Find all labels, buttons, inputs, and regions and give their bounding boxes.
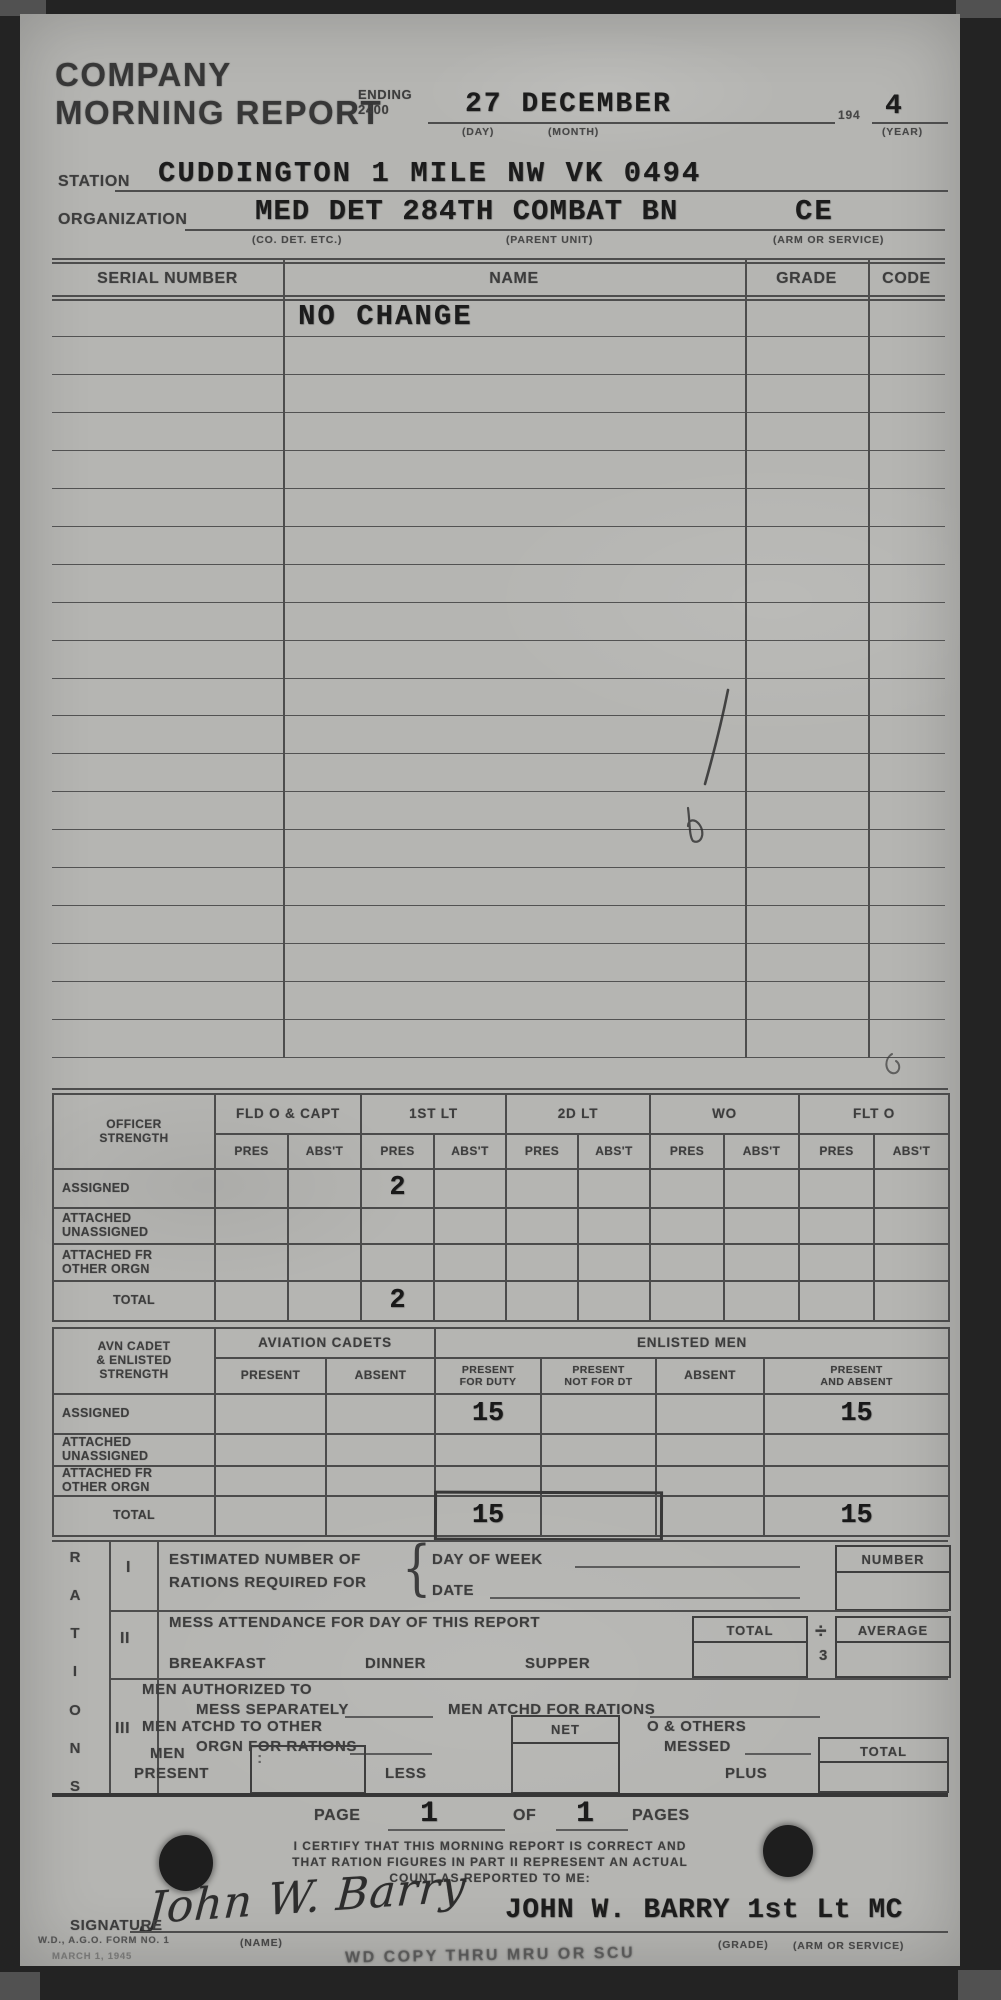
rations-section-divider-2 bbox=[109, 1678, 948, 1680]
officer-group-fldo-capt: FLD O & CAPT bbox=[215, 1094, 361, 1134]
cell bbox=[361, 1208, 434, 1244]
frame-corner-tr bbox=[956, 0, 1001, 18]
row-label: ASSIGNED bbox=[53, 1394, 215, 1434]
rations-letter: S bbox=[70, 1779, 80, 1794]
signature-typed-name: JOHN W. BARRY 1st Lt MC bbox=[505, 1897, 903, 1925]
supper-label: SUPPER bbox=[525, 1655, 590, 1672]
cell: 15 bbox=[435, 1394, 541, 1434]
cell bbox=[874, 1281, 949, 1321]
rations-side-label: RATIONS bbox=[60, 1550, 90, 1794]
roster-blank-row bbox=[52, 792, 945, 830]
arm-service-caption: (ARM OR SERVICE) bbox=[773, 235, 884, 246]
cell bbox=[506, 1244, 578, 1281]
cell bbox=[650, 1244, 724, 1281]
cell bbox=[799, 1281, 874, 1321]
cell bbox=[361, 1244, 434, 1281]
pages-value: 1 bbox=[576, 1799, 596, 1829]
day-of-week-blank bbox=[575, 1566, 800, 1568]
pres-header: PRES bbox=[650, 1134, 724, 1169]
roster-blank-row bbox=[52, 944, 945, 982]
officer-group-flt-o: FLT O bbox=[799, 1094, 949, 1134]
form-number: W.D., A.G.O. FORM NO. 1 bbox=[38, 1936, 170, 1946]
dinner-label: DINNER bbox=[365, 1655, 426, 1672]
cell bbox=[764, 1466, 949, 1496]
cell bbox=[874, 1244, 949, 1281]
pen-dot: : bbox=[257, 1751, 262, 1767]
date-blank bbox=[490, 1597, 800, 1599]
number-box: NUMBER bbox=[835, 1545, 951, 1611]
enlisted-group-header-row: AVN CADET & ENLISTED STRENGTH AVIATION C… bbox=[53, 1328, 949, 1358]
cell bbox=[650, 1169, 724, 1208]
mess-attendance-title: MESS ATTENDANCE FOR DAY OF THIS REPORT bbox=[169, 1614, 540, 1631]
enlisted-men-group: ENLISTED MEN bbox=[435, 1328, 949, 1358]
day-of-week-label: DAY OF WEEK bbox=[432, 1551, 543, 1568]
year-value: 4 bbox=[885, 93, 904, 121]
mess-separately-blank bbox=[345, 1716, 433, 1718]
rations-section-divider-1 bbox=[109, 1610, 948, 1612]
messed-blank bbox=[745, 1753, 811, 1755]
organization-label: ORGANIZATION bbox=[58, 211, 188, 229]
pres-header: PRES bbox=[506, 1134, 578, 1169]
cell bbox=[578, 1244, 650, 1281]
punch-hole-right bbox=[763, 1825, 813, 1877]
arm-caption: (ARM OR SERVICE) bbox=[793, 1941, 904, 1952]
cell bbox=[724, 1244, 799, 1281]
cell bbox=[578, 1208, 650, 1244]
row-label: TOTAL bbox=[53, 1496, 215, 1536]
rations-letter: O bbox=[69, 1703, 81, 1718]
cell bbox=[215, 1434, 326, 1466]
rations-numeral-3: III bbox=[115, 1720, 130, 1738]
year-caption: (YEAR) bbox=[882, 127, 923, 138]
cell bbox=[799, 1208, 874, 1244]
mess-total-box-label: TOTAL bbox=[694, 1618, 806, 1643]
morning-report-form: COMPANY MORNING REPORT ENDING 2400 27 DE… bbox=[20, 14, 960, 1966]
arm-service-value: CE bbox=[795, 197, 834, 226]
roster-blank-row bbox=[52, 868, 945, 906]
pres-header: PRES bbox=[361, 1134, 434, 1169]
cell bbox=[650, 1208, 724, 1244]
of-label: OF bbox=[513, 1807, 536, 1825]
cell bbox=[215, 1244, 288, 1281]
roster-blank-row bbox=[52, 565, 945, 603]
roster-blank-row bbox=[52, 527, 945, 565]
cell bbox=[326, 1466, 435, 1496]
cell bbox=[506, 1208, 578, 1244]
row-label: ATTACHED FR OTHER ORGN bbox=[53, 1244, 215, 1281]
cell bbox=[656, 1434, 764, 1466]
cell bbox=[874, 1208, 949, 1244]
officer-group-header-row: OFFICER STRENGTH FLD O & CAPT 1ST LT 2D … bbox=[53, 1094, 949, 1134]
officer-row-attached-unassigned: ATTACHED UNASSIGNED bbox=[53, 1208, 949, 1244]
roster-blank-row bbox=[52, 679, 945, 717]
roster-blank-row bbox=[52, 603, 945, 641]
date-rule bbox=[428, 122, 835, 124]
abst-header: ABS'T bbox=[288, 1134, 361, 1169]
roster-divider-name-grade bbox=[745, 258, 747, 1058]
plus-label: PLUS bbox=[725, 1765, 767, 1782]
cell bbox=[215, 1466, 326, 1496]
abst-header: ABS'T bbox=[434, 1134, 506, 1169]
cell bbox=[215, 1208, 288, 1244]
cell: 2 bbox=[361, 1281, 434, 1321]
net-box-label: NET bbox=[513, 1717, 618, 1744]
rations-total-box: TOTAL bbox=[818, 1737, 949, 1793]
brace-glyph: { bbox=[402, 1537, 431, 1597]
roster-col-name: NAME bbox=[283, 270, 745, 288]
abst-header: ABS'T bbox=[578, 1134, 650, 1169]
average-box-label: AVERAGE bbox=[837, 1618, 949, 1643]
cell bbox=[578, 1169, 650, 1208]
cell bbox=[656, 1496, 764, 1536]
men-label: MEN bbox=[150, 1745, 185, 1762]
cell bbox=[215, 1281, 288, 1321]
roster-header-rule-1 bbox=[52, 295, 945, 297]
station-rule bbox=[115, 190, 948, 192]
co-det-caption: (CO. DET. ETC.) bbox=[252, 235, 342, 246]
cell bbox=[434, 1281, 506, 1321]
month-caption: (MONTH) bbox=[548, 127, 599, 138]
enlisted-row-attached-unassigned: ATTACHED UNASSIGNED bbox=[53, 1434, 949, 1466]
rations-letter: N bbox=[70, 1741, 81, 1756]
net-box: NET bbox=[511, 1715, 620, 1794]
organization-rule bbox=[185, 229, 945, 231]
page-value: 1 bbox=[420, 1799, 440, 1829]
page-blank bbox=[388, 1829, 505, 1831]
roster-blank-row bbox=[52, 1020, 945, 1058]
men-authorized-label: MEN AUTHORIZED TO bbox=[142, 1681, 312, 1698]
rations-letter: T bbox=[70, 1626, 79, 1641]
form-date: MARCH 1, 1945 bbox=[52, 1952, 132, 1962]
rations-divider-1 bbox=[109, 1542, 111, 1793]
cell bbox=[215, 1496, 326, 1536]
o-and-others-label: O & OTHERS bbox=[647, 1718, 746, 1735]
cell bbox=[799, 1244, 874, 1281]
year-rule bbox=[872, 122, 948, 124]
cell bbox=[541, 1434, 656, 1466]
enlisted-table-bottom-rule bbox=[52, 1540, 948, 1542]
cell bbox=[434, 1169, 506, 1208]
roster-blank-row bbox=[52, 716, 945, 754]
divide-sign: ÷ bbox=[815, 1620, 827, 1644]
officer-group-1st-lt: 1ST LT bbox=[361, 1094, 506, 1134]
frame-corner-br bbox=[958, 1970, 1001, 2000]
station-label: STATION bbox=[58, 173, 130, 191]
rations-numeral-1: I bbox=[126, 1559, 131, 1577]
form-title-line1: COMPANY bbox=[55, 58, 232, 91]
roster-blank-row bbox=[52, 375, 945, 413]
cell bbox=[326, 1434, 435, 1466]
cell bbox=[435, 1434, 541, 1466]
roster-blank-row bbox=[52, 754, 945, 792]
estimated-rations-line1: ESTIMATED NUMBER OF bbox=[169, 1551, 361, 1568]
abst-header: ABS'T bbox=[724, 1134, 799, 1169]
messed-label: MESSED bbox=[664, 1738, 731, 1755]
rations-total-box-label: TOTAL bbox=[820, 1739, 947, 1763]
present-and-absent-header: PRESENT AND ABSENT bbox=[764, 1358, 949, 1394]
roster-blank-row bbox=[52, 982, 945, 1020]
less-label: LESS bbox=[385, 1765, 427, 1782]
cell bbox=[288, 1281, 361, 1321]
cell bbox=[724, 1208, 799, 1244]
station-value: CUDDINGTON 1 MILE NW VK 0494 bbox=[158, 159, 701, 188]
present-not-for-duty-header: PRESENT NOT FOR DT bbox=[541, 1358, 656, 1394]
cell bbox=[724, 1281, 799, 1321]
parent-unit-caption: (PARENT UNIT) bbox=[506, 235, 593, 246]
officer-group-2d-lt: 2D LT bbox=[506, 1094, 650, 1134]
officer-row-total: TOTAL 2 bbox=[53, 1281, 949, 1321]
cell bbox=[650, 1281, 724, 1321]
breakfast-label: BREAKFAST bbox=[169, 1655, 266, 1672]
roster-blank-row bbox=[52, 451, 945, 489]
officer-strength-table: OFFICER STRENGTH FLD O & CAPT 1ST LT 2D … bbox=[52, 1093, 950, 1322]
pres-header: PRES bbox=[799, 1134, 874, 1169]
officer-row-attached-fr-other: ATTACHED FR OTHER ORGN bbox=[53, 1244, 949, 1281]
form-title-line2: MORNING REPORT bbox=[55, 96, 382, 129]
cell: 2 bbox=[361, 1169, 434, 1208]
signature-rule bbox=[130, 1931, 948, 1933]
present-label: PRESENT bbox=[134, 1765, 209, 1782]
present-header: PRESENT bbox=[215, 1358, 326, 1394]
page-label: PAGE bbox=[314, 1807, 361, 1825]
cell bbox=[874, 1169, 949, 1208]
rations-numeral-2: II bbox=[120, 1630, 130, 1648]
date-label: DATE bbox=[432, 1582, 474, 1599]
day-caption: (DAY) bbox=[462, 127, 494, 138]
frame-corner-bl bbox=[0, 1972, 40, 2000]
roster-divider-grade-code bbox=[868, 258, 870, 1058]
date-value: 27 DECEMBER bbox=[465, 91, 672, 119]
roster-blank-row bbox=[52, 489, 945, 527]
cell bbox=[764, 1434, 949, 1466]
roster-col-code: CODE bbox=[868, 270, 945, 288]
row-label: ASSIGNED bbox=[53, 1169, 215, 1208]
aviation-cadets-group: AVIATION CADETS bbox=[215, 1328, 435, 1358]
cell bbox=[541, 1394, 656, 1434]
roster-blank-row bbox=[52, 906, 945, 944]
rations-letter: I bbox=[73, 1664, 77, 1679]
men-present-box: : bbox=[250, 1745, 366, 1794]
row-label: ATTACHED FR OTHER ORGN bbox=[53, 1466, 215, 1496]
scanned-morning-report: { "colors": {"paper":"#b5b5b2","ink":"#3… bbox=[0, 0, 1001, 2000]
roster-blank-row bbox=[52, 830, 945, 868]
ending-label: ENDING 2400 bbox=[358, 88, 412, 118]
officer-table-top-rule bbox=[52, 1088, 948, 1090]
cell bbox=[326, 1496, 435, 1536]
cell bbox=[215, 1169, 288, 1208]
cell bbox=[326, 1394, 435, 1434]
absent-header: ABSENT bbox=[326, 1358, 435, 1394]
roster-entry: NO CHANGE bbox=[298, 302, 473, 331]
roster-col-grade: GRADE bbox=[745, 270, 868, 288]
cell bbox=[656, 1394, 764, 1434]
cell bbox=[215, 1394, 326, 1434]
pres-header: PRES bbox=[215, 1134, 288, 1169]
rations-bottom-heavy-rule bbox=[52, 1793, 948, 1797]
roster-blank-row bbox=[52, 299, 945, 337]
cell bbox=[506, 1169, 578, 1208]
mess-separately-label: MESS SEPARATELY bbox=[196, 1701, 349, 1718]
cell bbox=[799, 1169, 874, 1208]
cell bbox=[434, 1208, 506, 1244]
cell bbox=[506, 1281, 578, 1321]
cell bbox=[578, 1281, 650, 1321]
roster-top-rule-2 bbox=[52, 262, 945, 264]
absent-header: ABSENT bbox=[656, 1358, 764, 1394]
rations-letter: R bbox=[70, 1550, 81, 1565]
hand-drawn-total-box bbox=[434, 1491, 663, 1542]
roster-top-rule-1 bbox=[52, 258, 945, 260]
organization-value: MED DET 284TH COMBAT BN bbox=[255, 197, 678, 226]
roster-blank-rows bbox=[52, 299, 945, 1058]
officer-strength-header: OFFICER STRENGTH bbox=[53, 1094, 215, 1169]
cell bbox=[656, 1466, 764, 1496]
officer-row-assigned: ASSIGNED 2 bbox=[53, 1169, 949, 1208]
rations-letter: A bbox=[70, 1588, 81, 1603]
roster-blank-row bbox=[52, 337, 945, 375]
cell bbox=[288, 1244, 361, 1281]
pages-label: PAGES bbox=[632, 1807, 690, 1825]
average-box: AVERAGE bbox=[835, 1616, 951, 1678]
cell bbox=[724, 1169, 799, 1208]
row-label: TOTAL bbox=[53, 1281, 215, 1321]
row-label: ATTACHED UNASSIGNED bbox=[53, 1434, 215, 1466]
divide-by-three: 3 bbox=[819, 1647, 828, 1664]
wd-copy-stamp: WD COPY THRU MRU OR SCU bbox=[345, 1945, 635, 1966]
grade-caption: (GRADE) bbox=[718, 1940, 769, 1951]
row-label: ATTACHED UNASSIGNED bbox=[53, 1208, 215, 1244]
number-box-label: NUMBER bbox=[837, 1547, 949, 1573]
year-prefix: 194 bbox=[838, 109, 860, 121]
cell bbox=[288, 1169, 361, 1208]
roster-col-serial: SERIAL NUMBER bbox=[52, 270, 283, 288]
avn-cadet-strength-header: AVN CADET & ENLISTED STRENGTH bbox=[53, 1328, 215, 1394]
officer-group-wo: WO bbox=[650, 1094, 799, 1134]
roster-blank-row bbox=[52, 413, 945, 451]
mess-total-box: TOTAL bbox=[692, 1616, 808, 1678]
cell bbox=[434, 1244, 506, 1281]
present-for-duty-header: PRESENT FOR DUTY bbox=[435, 1358, 541, 1394]
cell bbox=[288, 1208, 361, 1244]
cell: 15 bbox=[764, 1394, 949, 1434]
roster-divider-serial-name bbox=[283, 258, 285, 1058]
roster-blank-row bbox=[52, 641, 945, 679]
enlisted-row-assigned: ASSIGNED 15 15 bbox=[53, 1394, 949, 1434]
estimated-rations-line2: RATIONS REQUIRED FOR bbox=[169, 1574, 367, 1591]
abst-header: ABS'T bbox=[874, 1134, 949, 1169]
men-atchd-other-label: MEN ATCHD TO OTHER bbox=[142, 1718, 323, 1735]
name-caption: (NAME) bbox=[240, 1938, 283, 1949]
cell: 15 bbox=[764, 1496, 949, 1536]
